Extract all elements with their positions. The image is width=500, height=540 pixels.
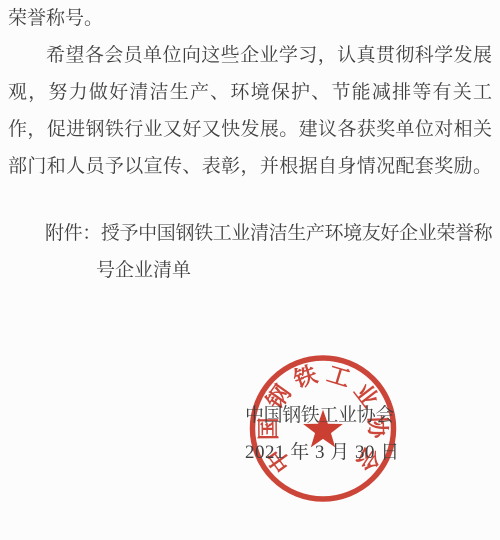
letter-page: 荣誉称号。 希望各会员单位向这些企业学习，认真贯彻科学发展 观，努力做好清洁生产… <box>0 0 500 540</box>
attachment-note: 附件：授予中国钢铁工业清洁生产环境友好企业荣誉称 号企业清单 <box>8 215 492 289</box>
issue-date: 2021 年 3 月 30 日 <box>245 434 400 471</box>
closing-block: 中国钢铁工业协会 2021 年 3 月 30 日 <box>245 397 400 471</box>
paragraph-line: 部门和人员予以宣传、表彰，并根据自身情况配套奖励。 <box>8 148 492 185</box>
paragraph-tail-line: 荣誉称号。 <box>8 0 492 37</box>
issuer-organization: 中国钢铁工业协会 <box>245 397 400 434</box>
paragraph-line: 作，促进钢铁行业又好又快发展。建议各获奖单位对相关 <box>8 111 492 148</box>
paragraph-line: 观，努力做好清洁生产、环境保护、节能减排等有关工 <box>8 74 492 111</box>
attachment-line: 附件：授予中国钢铁工业清洁生产环境友好企业荣誉称 <box>45 215 492 252</box>
letter-body: 荣誉称号。 希望各会员单位向这些企业学习，认真贯彻科学发展 观，努力做好清洁生产… <box>8 0 492 289</box>
paragraph-line: 希望各会员单位向这些企业学习，认真贯彻科学发展 <box>8 37 492 74</box>
attachment-line: 号企业清单 <box>96 252 492 289</box>
seal-character: 工 <box>324 361 353 392</box>
